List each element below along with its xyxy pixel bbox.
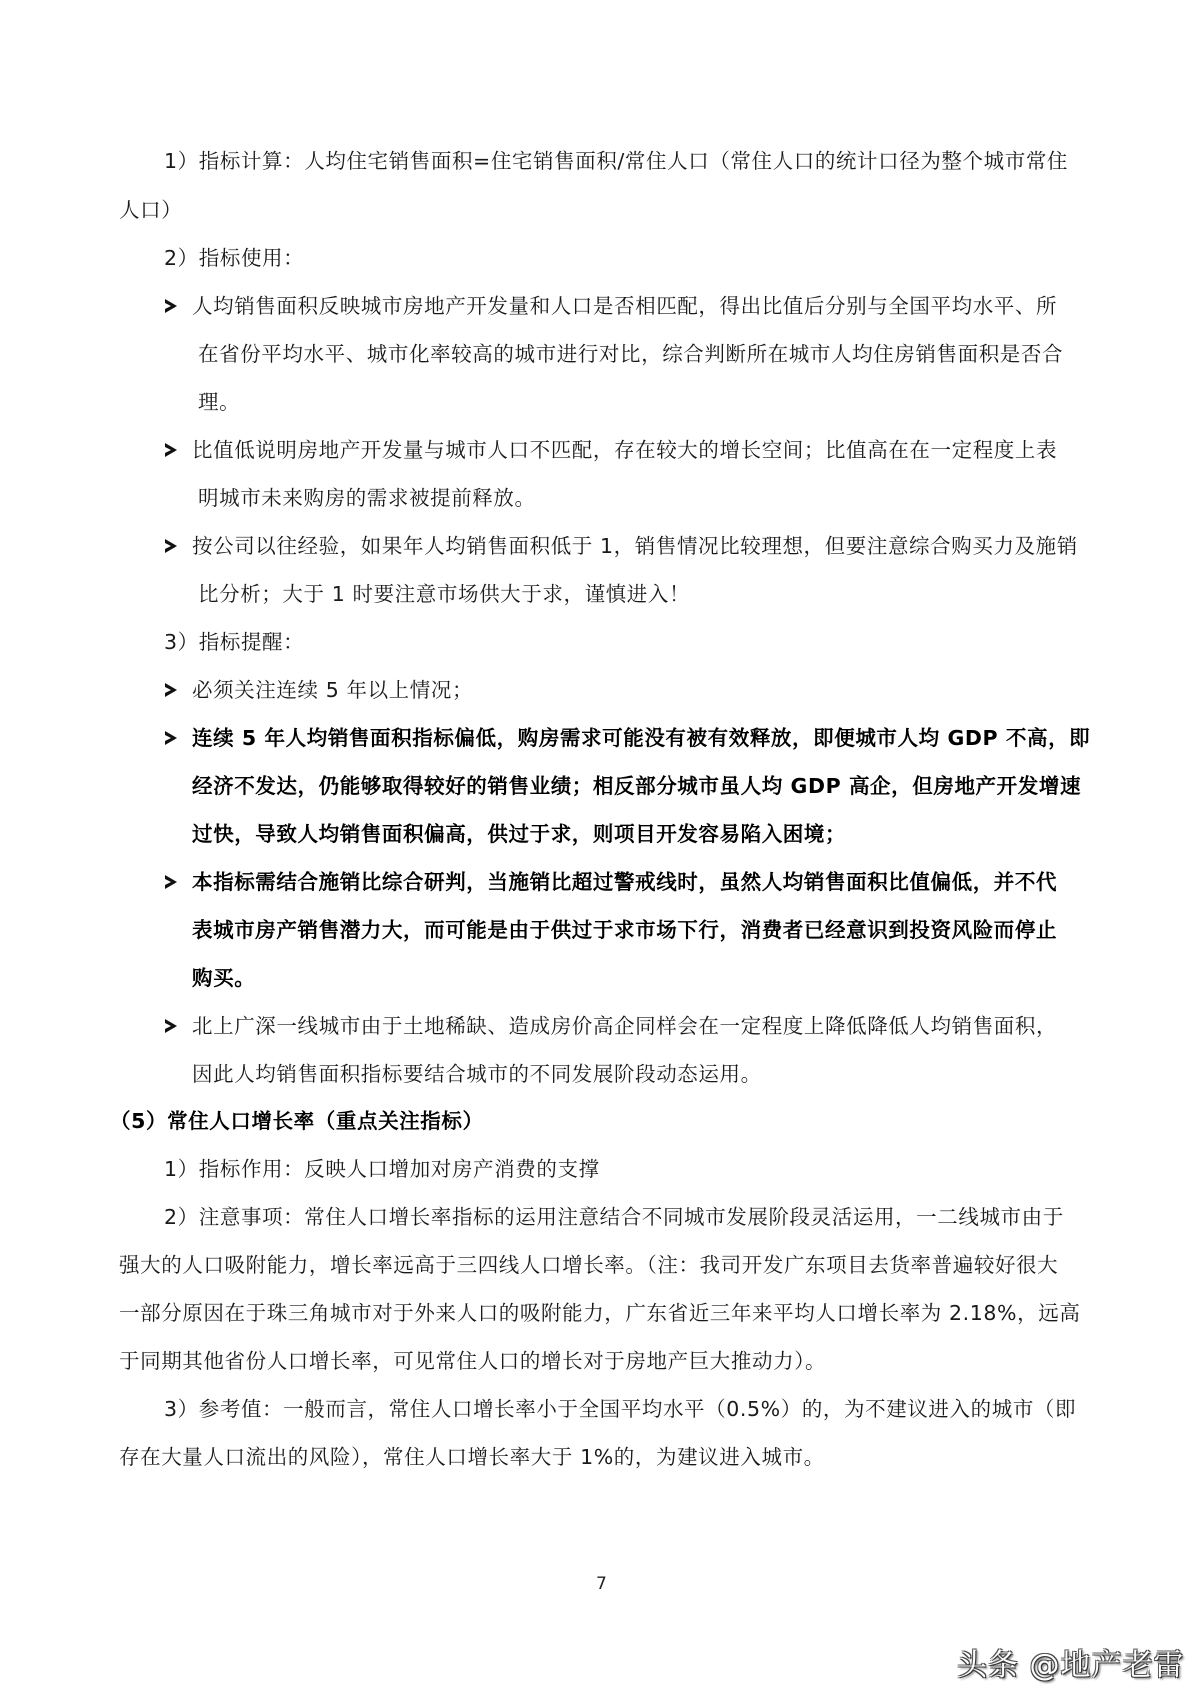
text-line-bold: 经济不发达，仍能够取得较好的销售业绩；相反部分城市虽人均 GDP 高企，但房地产… xyxy=(192,772,1081,800)
text-line: 比值低说明房地产开发量与城市人口不匹配，存在较大的增长空间；比值高在在一定程度上… xyxy=(192,436,1057,464)
text-line: 存在大量人口流出的风险），常住人口增长率大于 1%的，为建议进入城市。 xyxy=(119,1443,825,1471)
text-line: 一部分原因在于珠三角城市对于外来人口的吸附能力，广东省近三年来平均人口增长率为 … xyxy=(119,1299,1080,1327)
document-page: 1）指标计算：人均住宅销售面积=住宅销售面积/常住人口（常住人口的统计口径为整个… xyxy=(0,0,1200,1697)
text-line: 理。 xyxy=(198,388,240,416)
text-line: 3）参考值：一般而言，常住人口增长率小于全国平均水平（0.5%）的，为不建议进入… xyxy=(164,1395,1076,1423)
text-line: 北上广深一线城市由于土地稀缺、造成房价高企同样会在一定程度上降低降低人均销售面积… xyxy=(192,1012,1057,1040)
text-line-bold: 表城市房产销售潜力大，而可能是由于供过于求市场下行，消费者已经意识到投资风险而停… xyxy=(192,916,1057,944)
text-line: 必须关注连续 5 年以上情况； xyxy=(192,676,473,704)
text-line: 2）注意事项：常住人口增长率指标的运用注意结合不同城市发展阶段灵活运用，一二线城… xyxy=(164,1203,1064,1231)
text-line: 2）指标使用： xyxy=(164,244,304,272)
text-line: 人口） xyxy=(119,196,182,224)
text-line: 因此人均销售面积指标要结合城市的不同发展阶段动态运用。 xyxy=(192,1060,762,1088)
text-line-bold: 连续 5 年人均销售面积指标偏低，购房需求可能没有被有效释放，即便城市人均 GD… xyxy=(192,724,1090,752)
arrow-bullet-icon xyxy=(165,731,177,745)
arrow-bullet-icon xyxy=(165,539,177,553)
page-number: 7 xyxy=(596,1574,607,1594)
text-line: 1）指标计算：人均住宅销售面积=住宅销售面积/常住人口（常住人口的统计口径为整个… xyxy=(164,147,1068,175)
text-line-bold: 本指标需结合施销比综合研判，当施销比超过警戒线时，虽然人均销售面积比值偏低，并不… xyxy=(192,868,1057,896)
text-line: 1）指标作用：反映人口增加对房产消费的支撑 xyxy=(164,1155,600,1183)
text-line: 明城市未来购房的需求被提前释放。 xyxy=(198,484,536,512)
text-line: 强大的人口吸附能力，增长率远高于三四线人口增长率。（注：我司开发广东项目去货率普… xyxy=(119,1251,1058,1279)
arrow-bullet-icon xyxy=(165,443,177,457)
arrow-bullet-icon xyxy=(165,1019,177,1033)
text-line: 人均销售面积反映城市房地产开发量和人口是否相匹配，得出比值后分别与全国平均水平、… xyxy=(192,292,1057,320)
watermark: 头条 @地产老雷 xyxy=(957,1640,1185,1684)
arrow-bullet-icon xyxy=(165,299,177,313)
text-line: 按公司以往经验，如果年人均销售面积低于 1，销售情况比较理想，但要注意综合购买力… xyxy=(192,532,1078,560)
section-heading: （5）常住人口增长率（重点关注指标） xyxy=(110,1107,484,1135)
text-line-bold: 购买。 xyxy=(192,964,255,992)
text-line: 于同期其他省份人口增长率，可见常住人口的增长对于房地产巨大推动力）。 xyxy=(119,1347,826,1375)
arrow-bullet-icon xyxy=(165,683,177,697)
text-line: 3）指标提醒： xyxy=(164,628,304,656)
text-line: 比分析；大于 1 时要注意市场供大于求，谨慎进入！ xyxy=(198,580,690,608)
text-line-bold: 过快，导致人均销售面积偏高，供过于求，则项目开发容易陷入困境； xyxy=(192,820,846,848)
arrow-bullet-icon xyxy=(165,875,177,889)
text-line: 在省份平均水平、城市化率较高的城市进行对比，综合判断所在城市人均住房销售面积是否… xyxy=(198,340,1063,368)
